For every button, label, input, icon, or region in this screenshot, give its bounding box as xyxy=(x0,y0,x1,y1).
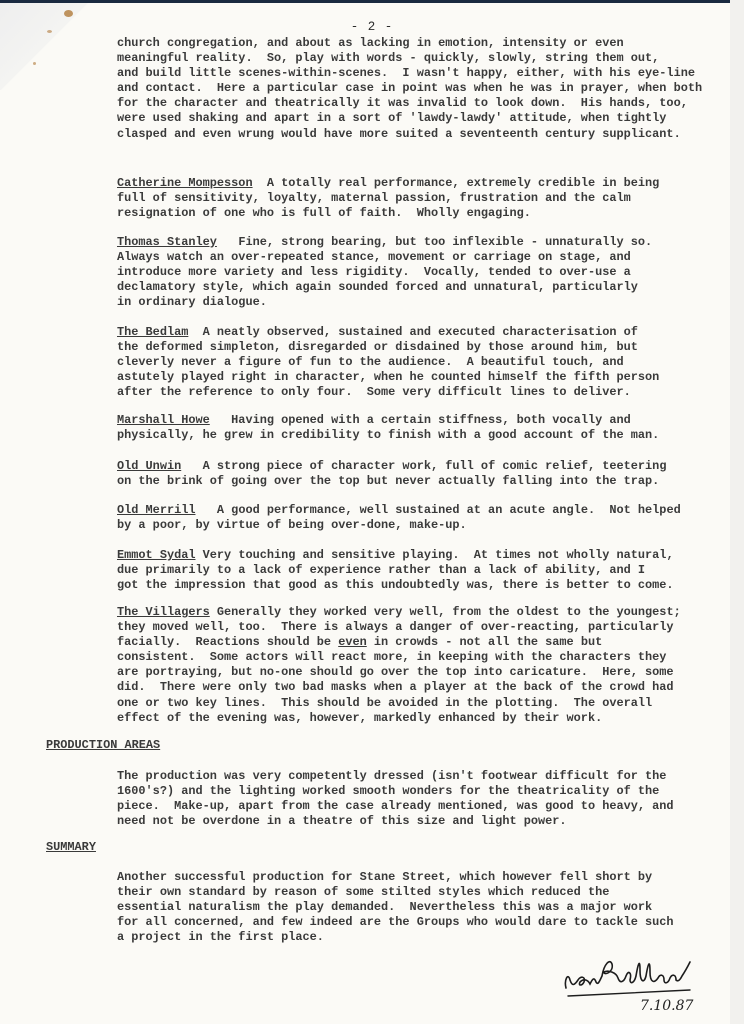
text-run: did. There were only two bad masks when … xyxy=(117,680,674,694)
text-line: their own standard by reason of some sti… xyxy=(117,885,697,900)
text-run: introduce more variety and less rigidity… xyxy=(117,265,631,279)
text-run: resignation of one who is full of faith.… xyxy=(117,206,531,220)
scan-margin xyxy=(730,0,744,1024)
text-line: a project in the first place. xyxy=(117,930,697,945)
text-run: physically, he grew in credibility to fi… xyxy=(117,428,659,442)
character-note: Old Unwin A strong piece of character wo… xyxy=(117,459,697,489)
text-run: in crowds - not all the same but xyxy=(367,635,602,649)
text-line: after the reference to only four. Some v… xyxy=(117,385,697,400)
character-note: Catherine Mompesson A totally real perfo… xyxy=(117,176,697,221)
text-line: declamatory style, which again sounded f… xyxy=(117,280,697,295)
text-line: got the impression that good as this und… xyxy=(117,578,697,593)
text-line: Old Unwin A strong piece of character wo… xyxy=(117,459,697,474)
section-heading: PRODUCTION AREAS xyxy=(46,738,160,752)
text-run: were used shaking and apart in a sort of… xyxy=(117,111,666,125)
text-run: a project in the first place. xyxy=(117,930,324,944)
text-run: full of sensitivity, loyalty, maternal p… xyxy=(117,191,631,205)
text-line: 1600's?) and the lighting worked smooth … xyxy=(117,784,697,799)
text-run: Very touching and sensitive playing. At … xyxy=(196,548,674,562)
folded-corner xyxy=(0,0,110,90)
text-run: one or two key lines. This should be avo… xyxy=(117,696,652,710)
rust-stain xyxy=(64,10,73,17)
text-line: and build little scenes-within-scenes. I… xyxy=(117,66,697,81)
text-run: Always watch an over-repeated stance, mo… xyxy=(117,250,631,264)
rust-stain xyxy=(33,62,36,65)
text-run: essential naturalism the play demanded. … xyxy=(117,900,652,914)
text-run: Having opened with a certain stiffness, … xyxy=(210,413,631,427)
text-line: need not be overdone in a theatre of thi… xyxy=(117,814,697,829)
text-line: one or two key lines. This should be avo… xyxy=(117,696,697,711)
text-line: Thomas Stanley Fine, strong bearing, but… xyxy=(117,235,697,250)
character-note: Old Merrill A good performance, well sus… xyxy=(117,503,697,533)
scan-edge xyxy=(0,0,744,3)
text-run: after the reference to only four. Some v… xyxy=(117,385,631,399)
character-name: The Bedlam xyxy=(117,325,188,339)
text-run: Generally they worked very well, from th… xyxy=(210,605,681,619)
text-run: are portraying, but no-one should go ove… xyxy=(117,665,674,679)
text-run: their own standard by reason of some sti… xyxy=(117,885,609,899)
text-line: meaningful reality. So, play with words … xyxy=(117,51,697,66)
page-number: - 2 - xyxy=(0,20,744,34)
text-run: 1600's?) and the lighting worked smooth … xyxy=(117,784,659,798)
text-line: Another successful production for Stane … xyxy=(117,870,697,885)
character-name: Catherine Mompesson xyxy=(117,176,253,190)
text-line: cleverly never a figure of fun to the au… xyxy=(117,355,697,370)
text-run: piece. Make-up, apart from the case alre… xyxy=(117,799,674,813)
section-body: Another successful production for Stane … xyxy=(117,870,697,945)
character-name: Old Merrill xyxy=(117,503,196,517)
text-run: got the impression that good as this und… xyxy=(117,578,674,592)
character-note: Marshall Howe Having opened with a certa… xyxy=(117,413,697,443)
text-run: effect of the evening was, however, mark… xyxy=(117,711,602,725)
text-line: astutely played right in character, when… xyxy=(117,370,697,385)
text-line: they moved well, too. There is always a … xyxy=(117,620,697,635)
text-line: Emmot Sydal Very touching and sensitive … xyxy=(117,548,697,563)
text-line: The Bedlam A neatly observed, sustained … xyxy=(117,325,697,340)
text-line: by a poor, by virtue of being over-done,… xyxy=(117,518,697,533)
text-run: they moved well, too. There is always a … xyxy=(117,620,674,634)
opening-paragraph: church congregation, and about as lackin… xyxy=(117,36,697,142)
character-name: The Villagers xyxy=(117,605,210,619)
text-run: and build little scenes-within-scenes. I… xyxy=(117,66,695,80)
text-run: A good performance, well sustained at an… xyxy=(196,503,681,517)
text-run: on the brink of going over the top but n… xyxy=(117,474,659,488)
text-line: resignation of one who is full of faith.… xyxy=(117,206,697,221)
text-line: did. There were only two bad masks when … xyxy=(117,680,697,695)
text-run: The production was very competently dres… xyxy=(117,769,666,783)
text-line: essential naturalism the play demanded. … xyxy=(117,900,697,915)
text-line: are portraying, but no-one should go ove… xyxy=(117,665,697,680)
text-line: clasped and even wrung would have more s… xyxy=(117,127,697,142)
text-run: facially. Reactions should be xyxy=(117,635,338,649)
text-line: full of sensitivity, loyalty, maternal p… xyxy=(117,191,697,206)
character-note: Thomas Stanley Fine, strong bearing, but… xyxy=(117,235,697,310)
character-note: The Villagers Generally they worked very… xyxy=(117,605,697,726)
text-run: A neatly observed, sustained and execute… xyxy=(188,325,638,339)
character-name: Marshall Howe xyxy=(117,413,210,427)
text-run: astutely played right in character, when… xyxy=(117,370,659,384)
text-run: and contact. Here a particular case in p… xyxy=(117,81,702,95)
text-run: by a poor, by virtue of being over-done,… xyxy=(117,518,467,532)
signature xyxy=(560,950,710,1000)
text-line: Catherine Mompesson A totally real perfo… xyxy=(117,176,697,191)
text-line: consistent. Some actors will react more,… xyxy=(117,650,697,665)
text-line: church congregation, and about as lackin… xyxy=(117,36,697,51)
text-run: A strong piece of character work, full o… xyxy=(181,459,666,473)
text-run: for all concerned, and few indeed are th… xyxy=(117,915,674,929)
text-run: declamatory style, which again sounded f… xyxy=(117,280,638,294)
section-body: The production was very competently dres… xyxy=(117,769,697,829)
text-run: clasped and even wrung would have more s… xyxy=(117,127,681,141)
text-line: were used shaking and apart in a sort of… xyxy=(117,111,697,126)
character-note: Emmot Sydal Very touching and sensitive … xyxy=(117,548,697,593)
text-run: for the character and theatrically it wa… xyxy=(117,96,688,110)
signature-date: 7.10.87 xyxy=(640,998,693,1014)
character-name: Thomas Stanley xyxy=(117,235,217,249)
text-line: on the brink of going over the top but n… xyxy=(117,474,697,489)
text-line: The production was very competently dres… xyxy=(117,769,697,784)
text-run: Fine, strong bearing, but too inflexible… xyxy=(217,235,652,249)
character-note: The Bedlam A neatly observed, sustained … xyxy=(117,325,697,400)
text-line: facially. Reactions should be even in cr… xyxy=(117,635,697,650)
text-run: cleverly never a figure of fun to the au… xyxy=(117,355,624,369)
character-name: Old Unwin xyxy=(117,459,181,473)
text-run: church congregation, and about as lackin… xyxy=(117,36,624,50)
text-line: The Villagers Generally they worked very… xyxy=(117,605,697,620)
text-line: the deformed simpleton, disregarded or d… xyxy=(117,340,697,355)
text-run: meaningful reality. So, play with words … xyxy=(117,51,659,65)
text-line: physically, he grew in credibility to fi… xyxy=(117,428,697,443)
section-heading: SUMMARY xyxy=(46,840,96,854)
text-line: Always watch an over-repeated stance, mo… xyxy=(117,250,697,265)
text-run: A totally real performance, extremely cr… xyxy=(253,176,660,190)
text-run: need not be overdone in a theatre of thi… xyxy=(117,814,567,828)
text-line: Marshall Howe Having opened with a certa… xyxy=(117,413,697,428)
text-line: effect of the evening was, however, mark… xyxy=(117,711,697,726)
text-run: Another successful production for Stane … xyxy=(117,870,652,884)
text-line: due primarily to a lack of experience ra… xyxy=(117,563,697,578)
text-run: in ordinary dialogue. xyxy=(117,295,267,309)
text-run: due primarily to a lack of experience ra… xyxy=(117,563,645,577)
text-run: consistent. Some actors will react more,… xyxy=(117,650,666,664)
text-line: in ordinary dialogue. xyxy=(117,295,697,310)
text-line: and contact. Here a particular case in p… xyxy=(117,81,697,96)
text-line: introduce more variety and less rigidity… xyxy=(117,265,697,280)
emphasis: even xyxy=(338,635,367,649)
text-line: piece. Make-up, apart from the case alre… xyxy=(117,799,697,814)
character-name: Emmot Sydal xyxy=(117,548,196,562)
text-run: the deformed simpleton, disregarded or d… xyxy=(117,340,638,354)
text-line: Old Merrill A good performance, well sus… xyxy=(117,503,697,518)
text-line: for all concerned, and few indeed are th… xyxy=(117,915,697,930)
text-line: for the character and theatrically it wa… xyxy=(117,96,697,111)
